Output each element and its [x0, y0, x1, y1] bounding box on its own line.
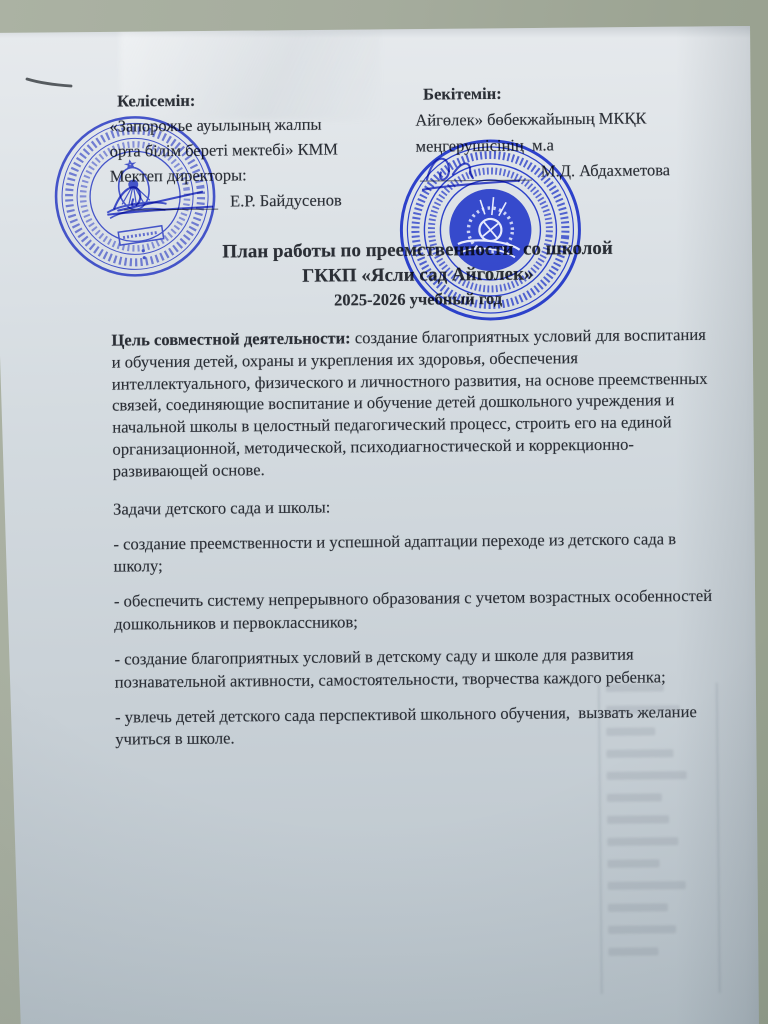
bleed-table-line	[716, 683, 720, 993]
approved-label: Бекітемін:	[415, 79, 725, 108]
kindergarten-name-line: Айгөлек» бөбекжайының МКҚК	[415, 105, 725, 134]
goal-paragraph: Цель совместной деятельности: создание б…	[111, 324, 711, 482]
task-item: - создание преемственности и успешной ад…	[113, 527, 712, 578]
tasks-heading: Задачи детского сада и школы:	[113, 492, 712, 520]
page-content: Келісемін: «Запорожье ауылының жалпы орт…	[0, 0, 768, 1024]
bleed-through-text	[598, 683, 723, 994]
task-item: - обеспечить систему непрерывного образо…	[114, 585, 713, 636]
paper-sheet: Келісемін: «Запорожье ауылының жалпы орт…	[0, 0, 768, 1024]
goal-label: Цель совместной деятельности:	[111, 328, 350, 349]
photo-background: Келісемін: «Запорожье ауылының жалпы орт…	[0, 0, 768, 1024]
school-round-seal-stamp	[48, 110, 222, 284]
kindergarten-round-seal-stamp	[395, 134, 587, 326]
director-name: Е.Р. Байдусенов	[230, 187, 342, 213]
bleed-table-line	[598, 684, 602, 994]
